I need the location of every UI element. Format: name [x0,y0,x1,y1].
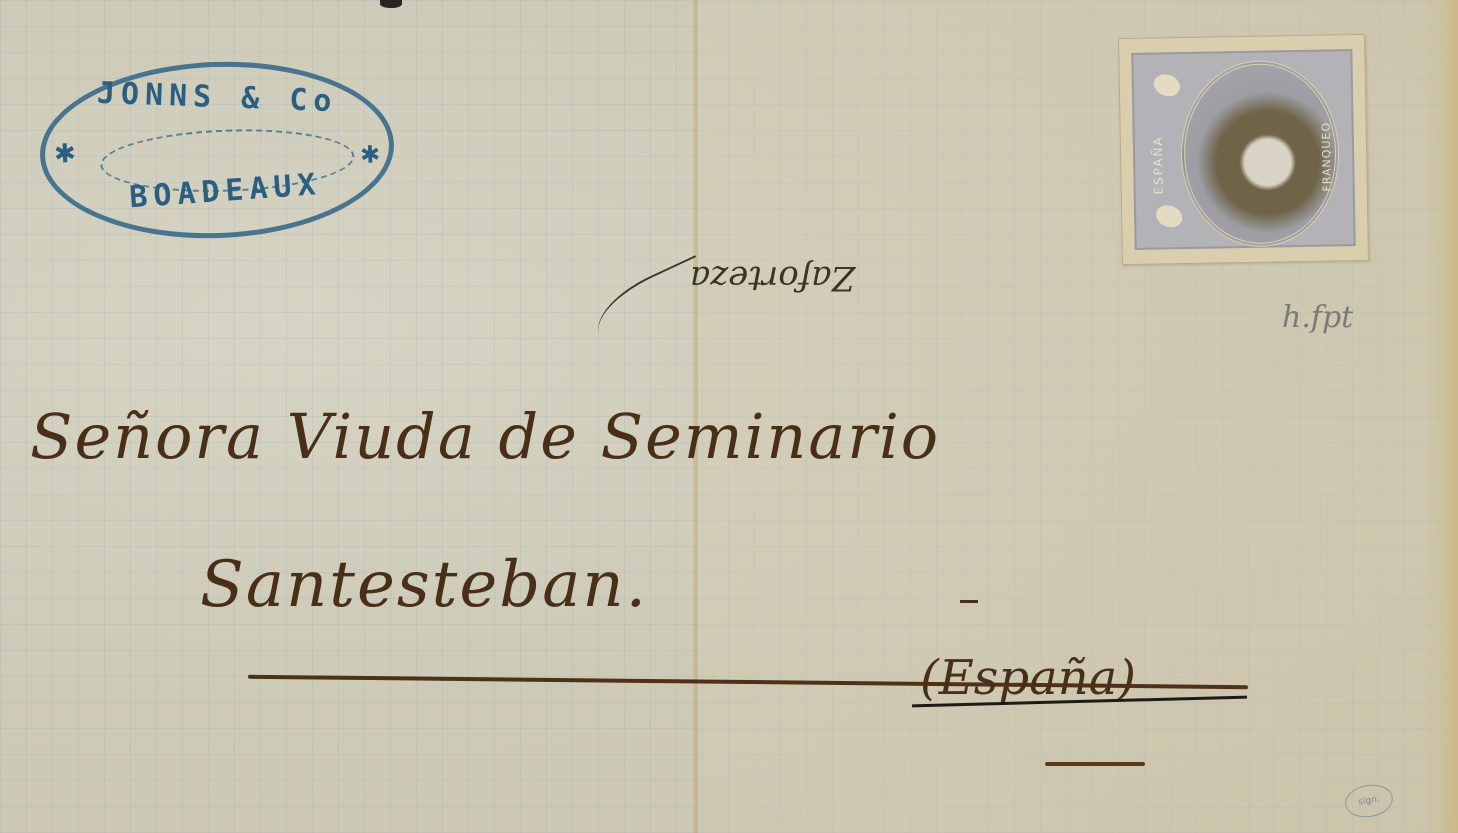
pencil-notation: h.fpt [1282,300,1353,335]
asterisk-ornament-icon: ✱ [360,140,381,169]
stamp-portrait-medallion [1179,59,1340,248]
stamp-scroll-ornament [1154,74,1180,96]
postage-stamp: ESPAÑA FRANQUEO [1118,34,1369,265]
address-dash [960,600,978,603]
stamp-scroll-ornament [1156,205,1182,227]
address-country-struck: (España) [920,650,1136,706]
asterisk-ornament-icon: ✱ [54,139,77,170]
stamp-country-label: ESPAÑA [1151,124,1176,204]
address-line-town: Santesteban. [200,548,648,622]
sender-handstamp: JONNS & Co BOADEAUX ✱ ✱ [37,56,397,244]
address-line-recipient: Señora Viuda de Seminario [30,400,940,473]
inverted-docket-script: Zaforteza [690,258,855,298]
stamp-value-label: FRANQUEO [1319,91,1339,221]
ink-blot [380,0,402,8]
postal-cover: JONNS & Co BOADEAUX ✱ ✱ ESPAÑA FRANQUEO … [0,0,1458,833]
stamp-frame: ESPAÑA FRANQUEO [1131,49,1355,250]
right-edge-toning [1428,0,1458,833]
country-underline [1045,762,1145,766]
